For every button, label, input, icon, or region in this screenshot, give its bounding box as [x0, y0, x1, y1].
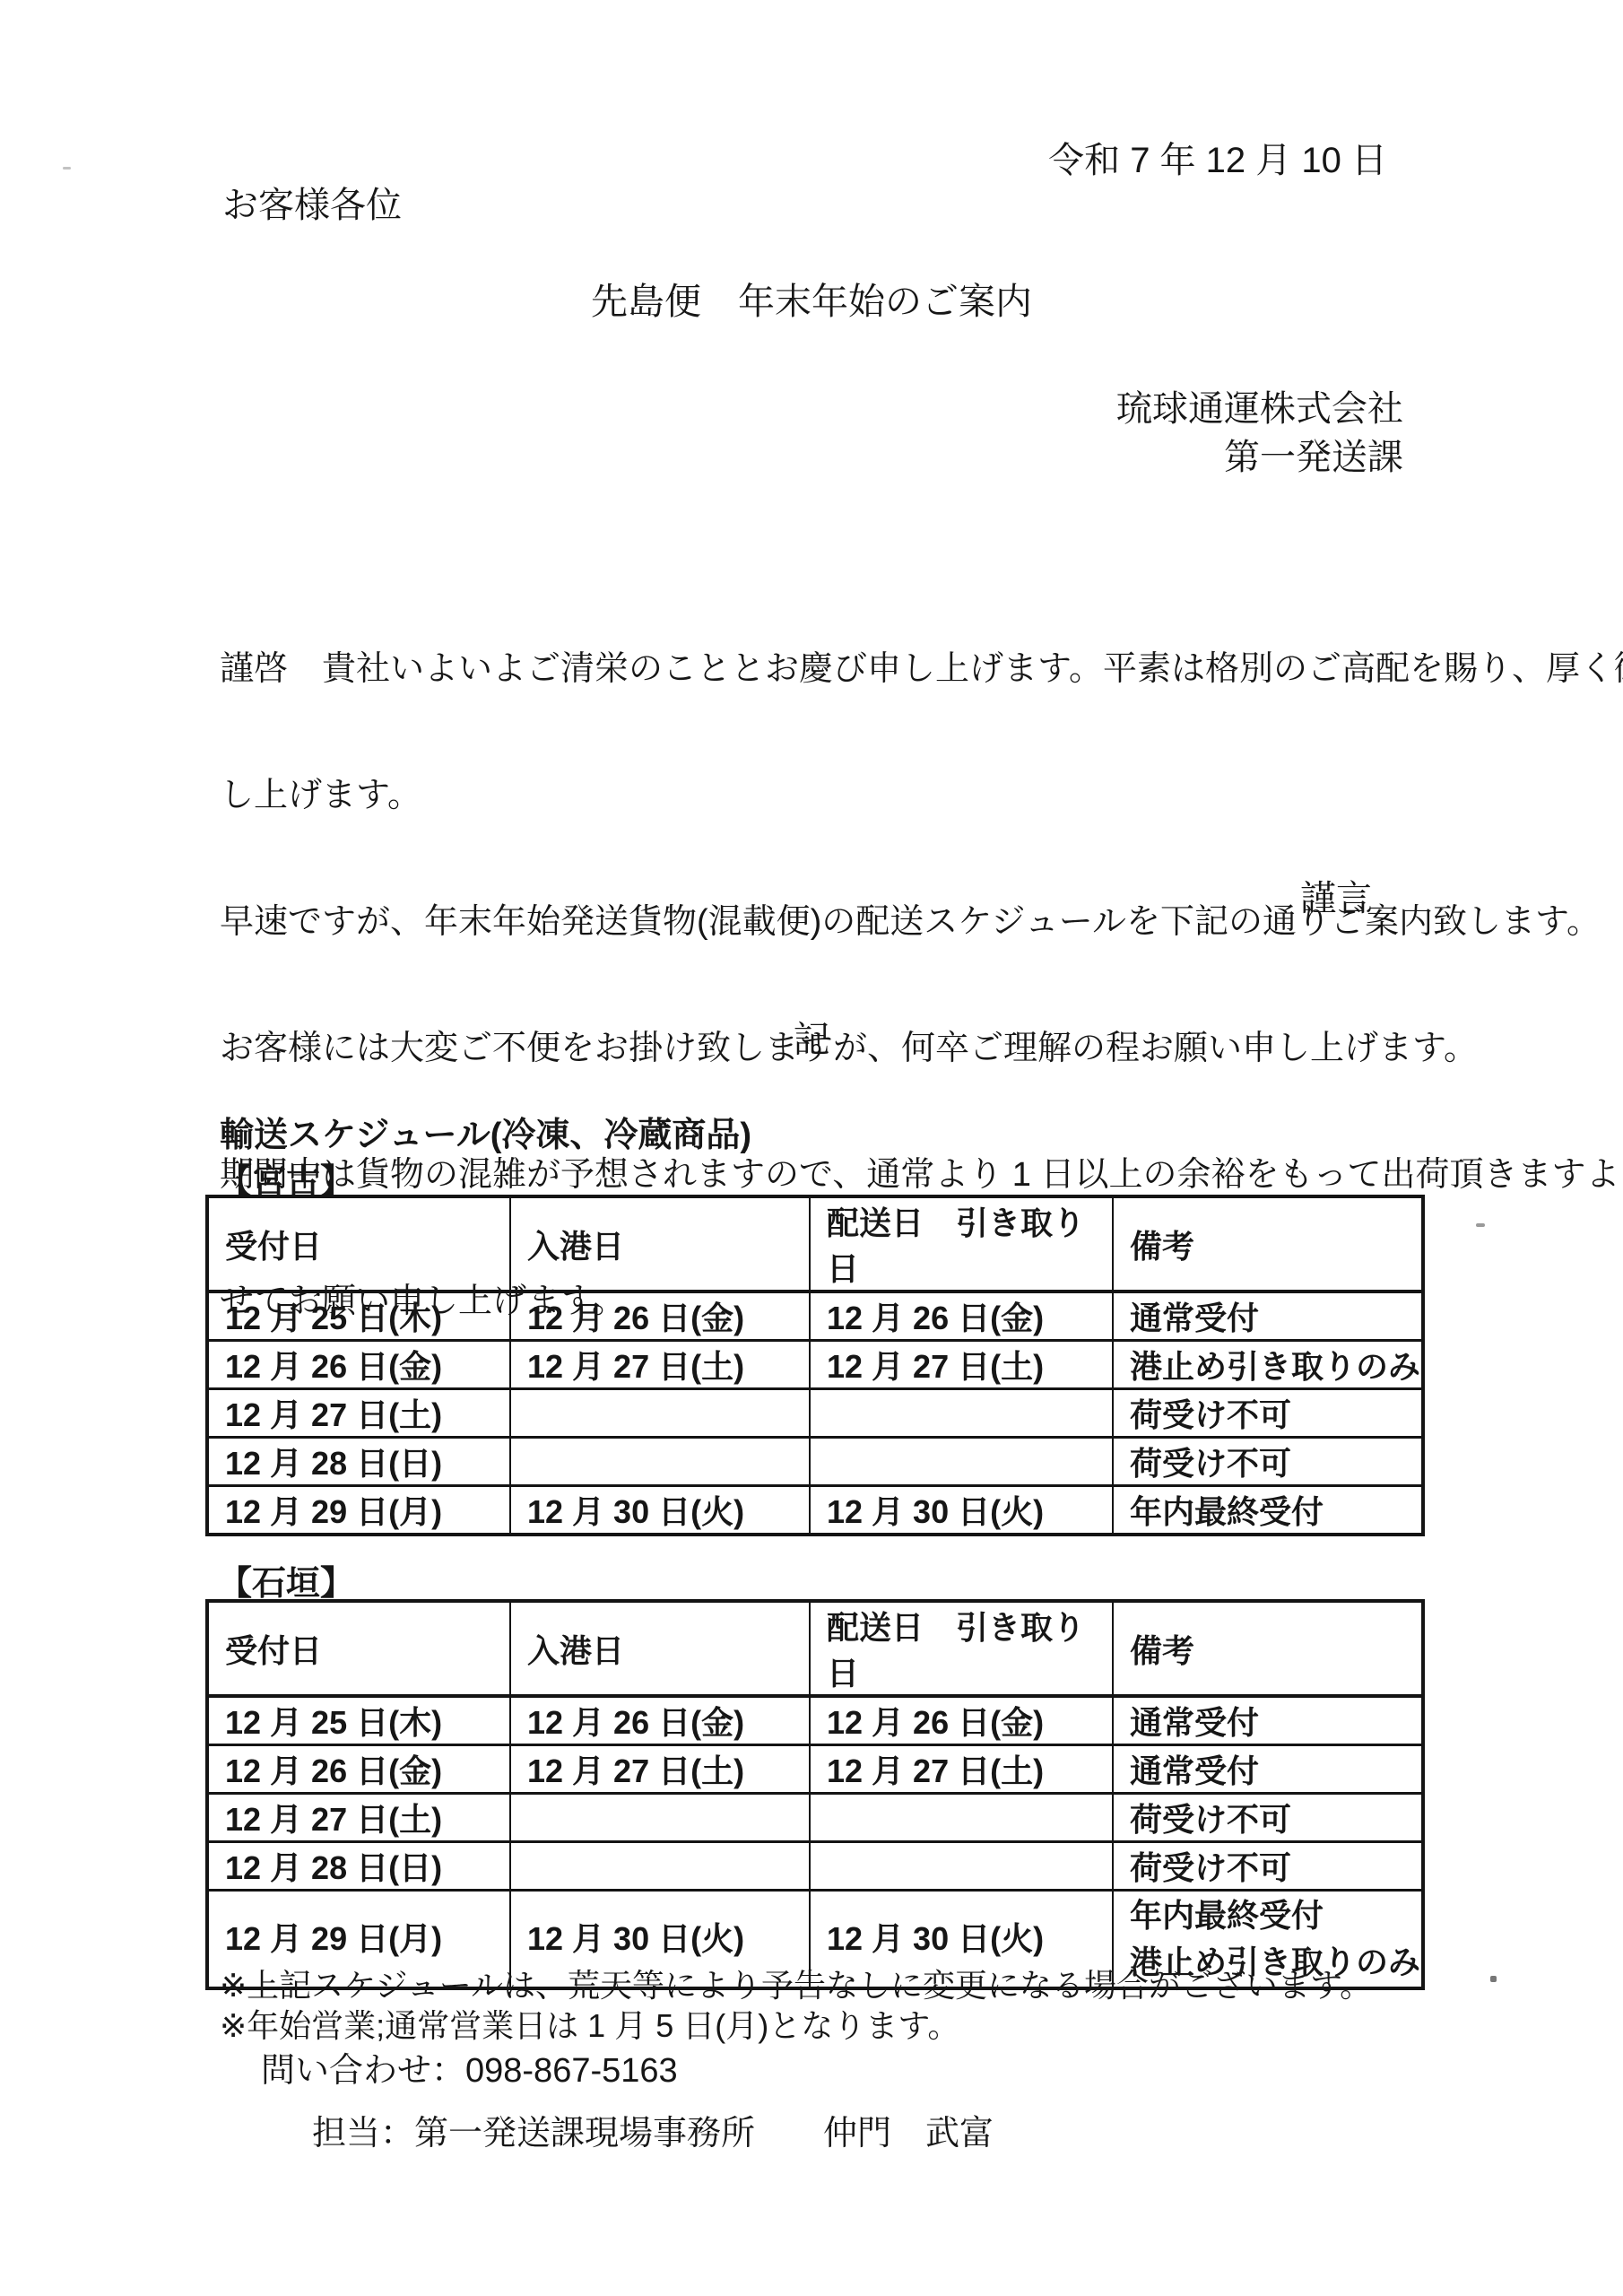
body-line: 期間中は貨物の混雑が予想されますので、通常より 1 日以上の余裕をもって出荷頂き… — [220, 1151, 1412, 1200]
table-cell: 通常受付 — [1113, 1291, 1423, 1341]
table-cell: 12 月 28 日(日) — [207, 1842, 510, 1891]
table-cell — [510, 1389, 810, 1438]
table-cell — [810, 1842, 1113, 1891]
table-cell: 12 月 30 日(火) — [510, 1486, 810, 1535]
table-cell — [810, 1794, 1113, 1842]
document-date: 令和 7 年 12 月 10 日 — [1048, 132, 1387, 183]
table-cell: 12 月 27 日(土) — [510, 1745, 810, 1794]
table-cell: 通常受付 — [1113, 1745, 1423, 1794]
table-cell: 12 月 26 日(金) — [207, 1745, 510, 1794]
table-cell: 12 月 26 日(金) — [207, 1341, 510, 1389]
table-cell: 12 月 26 日(金) — [810, 1291, 1113, 1341]
table-row: 12 月 28 日(日) 荷受け不可 — [207, 1438, 1423, 1486]
table-header-cell: 入港日 — [510, 1196, 810, 1291]
contact-phone-line: 問い合わせ：098-867-5163 — [261, 2042, 678, 2092]
table-cell: 荷受け不可 — [1113, 1438, 1423, 1486]
page-title: 先島便 年末年始のご案内 — [0, 272, 1623, 325]
table-cell: 12 月 29 日(月) — [207, 1486, 510, 1535]
schedule-note: ※上記スケジュールは、荒天等により予告なしに変更になる場合がございます。 — [220, 1961, 1372, 2006]
table-cell: 12 月 26 日(金) — [510, 1291, 810, 1341]
ishigaki-schedule-table: 受付日 入港日 配送日 引き取り日 備考 12 月 25 日(木) 12 月 2… — [205, 1599, 1425, 1990]
table-cell: 12 月 27 日(土) — [810, 1341, 1113, 1389]
table-cell: 12 月 26 日(金) — [510, 1696, 810, 1745]
table-cell — [510, 1794, 810, 1842]
table-row: 12 月 26 日(金) 12 月 27 日(土) 12 月 27 日(土) 港… — [207, 1341, 1423, 1389]
table-cell — [810, 1389, 1113, 1438]
table-header-cell: 備考 — [1113, 1601, 1423, 1696]
body-line: 早速ですが、年末年始発送貨物(混載便)の配送スケジュールを下記の通りご案内致しま… — [220, 898, 1412, 947]
table-header-cell: 配送日 引き取り日 — [810, 1601, 1113, 1696]
table-header-cell: 入港日 — [510, 1601, 810, 1696]
closing-word: 謹言 — [1300, 870, 1372, 921]
table-row: 12 月 29 日(月) 12 月 30 日(火) 12 月 30 日(火) 年… — [207, 1486, 1423, 1535]
table-cell: 12 月 27 日(土) — [207, 1794, 510, 1842]
table-cell: 12 月 27 日(土) — [207, 1389, 510, 1438]
table-cell: 年内最終受付 — [1113, 1486, 1423, 1535]
ishigaki-section-label: 【石垣】 — [218, 1555, 354, 1605]
table-cell: 12 月 25 日(木) — [207, 1291, 510, 1341]
table-cell — [510, 1842, 810, 1891]
table-header-cell: 受付日 — [207, 1601, 510, 1696]
new-year-note: ※年始営業;通常営業日は 1 月 5 日(月)となります。 — [220, 2001, 959, 2047]
table-cell — [810, 1438, 1113, 1486]
table-row: 12 月 27 日(土) 荷受け不可 — [207, 1389, 1423, 1438]
record-marker: 記 — [0, 1010, 1623, 1063]
miyako-schedule-table: 受付日 入港日 配送日 引き取り日 備考 12 月 25 日(木) 12 月 2… — [205, 1195, 1425, 1536]
table-cell: 荷受け不可 — [1113, 1842, 1423, 1891]
table-cell: 12 月 27 日(土) — [510, 1341, 810, 1389]
staff-in-charge-line: 担当：第一発送課現場事務所 仲門 武富 — [312, 2105, 994, 2154]
department-name: 第一発送課 — [1224, 429, 1403, 480]
table-cell: 荷受け不可 — [1113, 1794, 1423, 1842]
table-cell: 12 月 30 日(火) — [810, 1486, 1113, 1535]
table-cell — [510, 1438, 810, 1486]
table-header-row: 受付日 入港日 配送日 引き取り日 備考 — [207, 1601, 1423, 1696]
table-cell: 12 月 27 日(土) — [810, 1745, 1113, 1794]
scan-speck — [63, 167, 71, 170]
table-row: 12 月 26 日(金) 12 月 27 日(土) 12 月 27 日(土) 通… — [207, 1745, 1423, 1794]
table-cell: 12 月 25 日(木) — [207, 1696, 510, 1745]
addressee: お客様各位 — [222, 177, 402, 228]
table-row: 12 月 25 日(木) 12 月 26 日(金) 12 月 26 日(金) 通… — [207, 1696, 1423, 1745]
body-line: 謹啓 貴社いよいよご清栄のこととお慶び申し上げます。平素は格別のご高配を賜り、厚… — [220, 645, 1412, 694]
scan-speck — [1476, 1223, 1485, 1227]
table-header-row: 受付日 入港日 配送日 引き取り日 備考 — [207, 1196, 1423, 1291]
table-row: 12 月 28 日(日) 荷受け不可 — [207, 1842, 1423, 1891]
table-header-cell: 受付日 — [207, 1196, 510, 1291]
table-cell: 通常受付 — [1113, 1696, 1423, 1745]
table-row: 12 月 27 日(土) 荷受け不可 — [207, 1794, 1423, 1842]
table-header-cell: 備考 — [1113, 1196, 1423, 1291]
company-name: 琉球通運株式会社 — [1116, 380, 1403, 431]
table-header-cell: 配送日 引き取り日 — [810, 1196, 1113, 1291]
table-cell: 荷受け不可 — [1113, 1389, 1423, 1438]
table-cell: 港止め引き取りのみ — [1113, 1341, 1423, 1389]
scan-speck — [1490, 1976, 1497, 1982]
body-line: し上げます。 — [220, 771, 1412, 821]
table-cell: 12 月 26 日(金) — [810, 1696, 1113, 1745]
schedule-heading: 輸送スケジュール(冷凍、冷蔵商品) — [220, 1107, 751, 1156]
scanned-letter-page: { "letter": { "date": "令和 7 年 12 月 10 日"… — [0, 0, 1623, 2296]
table-row: 12 月 25 日(木) 12 月 26 日(金) 12 月 26 日(金) 通… — [207, 1291, 1423, 1341]
table-cell: 12 月 28 日(日) — [207, 1438, 510, 1486]
